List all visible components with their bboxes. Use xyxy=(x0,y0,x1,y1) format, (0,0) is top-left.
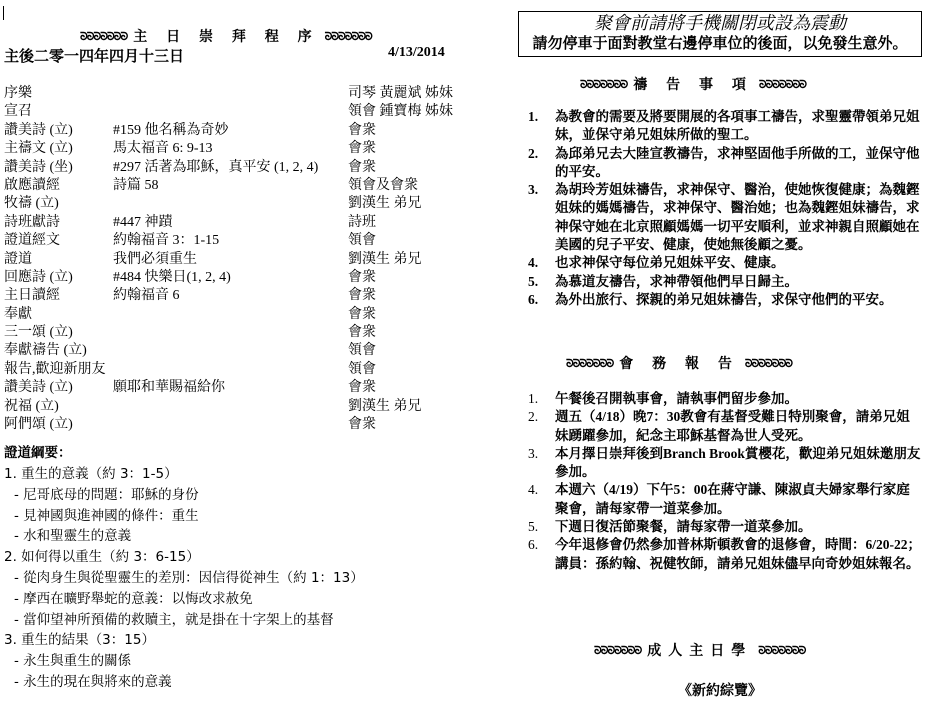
order-item: 讚美詩 (坐) xyxy=(4,156,73,176)
order-leader: 會衆 xyxy=(348,303,376,323)
list-item: 1.為教會的需要及將要開展的各項事工禱告，求聖靈帶領弟兄姐妹，並保守弟兄姐妹所做… xyxy=(528,108,922,145)
order-item: 祝福 (立) xyxy=(4,395,59,415)
order-item: 詩班獻詩 xyxy=(4,211,60,231)
parking-notice: 請勿停車于面對教堂右邊停車位的後面，以免發生意外。 xyxy=(519,34,921,54)
order-detail: #484 快樂日(1, 2, 4) xyxy=(113,266,231,286)
order-item: 讚美詩 (立) xyxy=(4,376,73,396)
order-row: 三一頌 (立)會衆 xyxy=(4,321,470,339)
order-row: 讚美詩 (立)願耶和華賜福給你會衆 xyxy=(4,376,470,394)
order-item: 主禱文 (立) xyxy=(4,137,73,157)
ornament-icon: ᘐᘐᘐᘐᘐᘐᘐ xyxy=(580,78,627,91)
order-leader: 劉漢生 弟兄 xyxy=(348,248,422,268)
order-row: 序樂司琴 黃麗斌 姊妹 xyxy=(4,82,470,100)
worship-title: ᘐᘐᘐᘐᘐᘐᘐ主 日 崇 拜 程 序ᘐᘐᘐᘐᘐᘐᘐ xyxy=(80,26,372,46)
prayer-list: 1.為教會的需要及將要開展的各項事工禱告，求聖靈帶領弟兄姐妹，並保守弟兄姐妹所做… xyxy=(528,108,922,309)
order-leader: 會衆 xyxy=(348,413,376,433)
outline-heading: 證道綱要： xyxy=(4,441,364,462)
order-leader: 領會 xyxy=(348,339,376,359)
order-detail: #447 神蹟 xyxy=(113,211,173,231)
list-item: 5.為慕道友禱告，求神帶領他們早日歸主。 xyxy=(528,273,922,291)
order-item: 讚美詩 (立) xyxy=(4,119,73,139)
order-leader: 會衆 xyxy=(348,119,376,139)
item-number: 3. xyxy=(528,181,538,199)
phone-notice: 聚會前請將手機關閉或設為震動 xyxy=(519,12,921,34)
item-text: 為胡玲芳姐妹禱告，求神保守、醫治，使她恢復健康；為魏鏗姐妹的媽媽禱告，求神保守、… xyxy=(555,182,920,252)
list-item: 1.午餐後召開執事會，請執事們留步參加。 xyxy=(528,390,922,408)
order-item: 報告,歡迎新朋友 xyxy=(4,358,106,378)
order-row: 證道經文約翰福音 3：1-15領會 xyxy=(4,229,470,247)
sermon-outline: 證道綱要： 1. 重生的意義（約 3：1-5）- 尼哥底母的問題：耶穌的身份- … xyxy=(4,441,364,691)
item-text: 為教會的需要及將要開展的各項事工禱告，求聖靈帶領弟兄姐妹，並保守弟兄姐妹所做的聖… xyxy=(555,109,920,142)
item-text: 本月擇日崇拜後到Branch Brook賞櫻花，歡迎弟兄姐妹邀朋友參加。 xyxy=(555,446,920,479)
order-row: 奉獻會衆 xyxy=(4,303,470,321)
outline-subpoint: - 見神國與進神國的條件：重生 xyxy=(4,504,364,525)
notice-box: 聚會前請將手機關閉或設為震動 請勿停車于面對教堂右邊停車位的後面，以免發生意外。 xyxy=(518,11,922,57)
order-detail: #159 他名稱為奇妙 xyxy=(113,119,229,139)
order-item: 回應詩 (立) xyxy=(4,266,73,286)
list-item: 6.為外出旅行、探親的弟兄姐妹禱告，求保守他們的平安。 xyxy=(528,291,922,309)
order-item: 三一頌 (立) xyxy=(4,321,73,341)
order-item: 宣召 xyxy=(4,100,32,120)
order-detail: 馬太福音 6: 9-13 xyxy=(113,137,213,157)
order-row: 祝福 (立)劉漢生 弟兄 xyxy=(4,395,470,413)
item-text: 今年退修會仍然參加普林斯頓教會的退修會，時間：6/20-22；講員：孫約翰、祝健… xyxy=(555,537,921,570)
order-item: 啟應讀經 xyxy=(4,174,60,194)
ornament-icon: ᘐᘐᘐᘐᘐᘐᘐ xyxy=(566,357,613,370)
order-row: 主禱文 (立)馬太福音 6: 9-13會衆 xyxy=(4,137,470,155)
order-leader: 會衆 xyxy=(348,284,376,304)
order-leader: 會衆 xyxy=(348,321,376,341)
order-item: 牧禱 (立) xyxy=(4,192,59,212)
item-number: 4. xyxy=(528,254,538,272)
announce-title: ᘐᘐᘐᘐᘐᘐᘐ會 務 報 告ᘐᘐᘐᘐᘐᘐᘐ xyxy=(566,353,792,373)
order-leader: 會衆 xyxy=(348,266,376,286)
outline-subpoint: - 尼哥底母的問題：耶穌的身份 xyxy=(4,483,364,504)
text-cursor xyxy=(3,6,4,20)
order-row: 回應詩 (立)#484 快樂日(1, 2, 4)會衆 xyxy=(4,266,470,284)
ornament-icon: ᘐᘐᘐᘐᘐᘐᘐ xyxy=(594,644,641,657)
order-leader: 領會 鍾寶梅 姊妹 xyxy=(348,100,453,120)
item-number: 1. xyxy=(528,390,538,408)
ornament-icon: ᘐᘐᘐᘐᘐᘐᘐ xyxy=(758,644,805,657)
item-text: 為外出旅行、探親的弟兄姐妹禱告，求保守他們的平安。 xyxy=(555,292,893,307)
list-item: 2.週五（4/18）晚7：30教會有基督受難日特別聚會，請弟兄姐妹踴躍參加，紀念… xyxy=(528,408,922,445)
list-item: 2.為邱弟兄去大陸宣教禱告，求神堅固他手所做的工，並保守他的平安。 xyxy=(528,145,922,182)
order-row: 證道我們必須重生劉漢生 弟兄 xyxy=(4,248,470,266)
order-detail: 詩篇 58 xyxy=(113,174,159,194)
ornament-icon: ᘐᘐᘐᘐᘐᘐᘐ xyxy=(325,30,372,43)
list-item: 5.下週日復活節聚餐，請每家帶一道菜參加。 xyxy=(528,518,922,536)
outline-point: 3. 重生的結果（3：15） xyxy=(4,628,364,649)
outline-point: 2. 如何得以重生（約 3：6-15） xyxy=(4,545,364,566)
order-of-service: 序樂司琴 黃麗斌 姊妹宣召領會 鍾寶梅 姊妹讚美詩 (立)#159 他名稱為奇妙… xyxy=(4,82,470,431)
order-row: 奉獻禱告 (立)領會 xyxy=(4,339,470,357)
outline-subpoint: - 永生的現在與將來的意義 xyxy=(4,670,364,691)
ornament-icon: ᘐᘐᘐᘐᘐᘐᘐ xyxy=(745,357,792,370)
item-number: 3. xyxy=(528,445,538,463)
outline-subpoint: - 當仰望神所預備的救贖主，就是掛在十字架上的基督 xyxy=(4,608,364,629)
ornament-icon: ᘐᘐᘐᘐᘐᘐᘐ xyxy=(80,30,127,43)
outline-subpoint: - 永生與重生的關係 xyxy=(4,649,364,670)
order-item: 阿們頌 (立) xyxy=(4,413,73,433)
prayer-title: ᘐᘐᘐᘐᘐᘐᘐ禱 告 事 項ᘐᘐᘐᘐᘐᘐᘐ xyxy=(580,74,806,94)
order-detail: #297 活著為耶穌，真平安 (1, 2, 4) xyxy=(113,156,318,176)
order-item: 主日讀經 xyxy=(4,284,60,304)
order-row: 主日讀經約翰福音 6會衆 xyxy=(4,284,470,302)
order-item: 序樂 xyxy=(4,82,32,102)
list-item: 4.本週六（4/19）下午5：00在蔣守謙、陳淑貞夫婦家舉行家庭聚會，請每家帶一… xyxy=(528,481,922,518)
order-leader: 領會 xyxy=(348,358,376,378)
order-leader: 會衆 xyxy=(348,137,376,157)
item-number: 6. xyxy=(528,291,538,309)
order-leader: 會衆 xyxy=(348,156,376,176)
item-text: 本週六（4/19）下午5：00在蔣守謙、陳淑貞夫婦家舉行家庭聚會，請每家帶一道菜… xyxy=(555,482,910,515)
order-leader: 司琴 黃麗斌 姊妹 xyxy=(348,82,453,102)
order-detail: 願耶和華賜福給你 xyxy=(113,376,225,396)
item-number: 1. xyxy=(528,108,538,126)
item-number: 5. xyxy=(528,518,538,536)
order-leader: 領會及會衆 xyxy=(348,174,418,194)
order-leader: 詩班 xyxy=(348,211,376,231)
outline-subpoint: - 從肉身生與從聖靈生的差別：因信得從神生（約 1：13） xyxy=(4,566,364,587)
order-row: 牧禱 (立)劉漢生 弟兄 xyxy=(4,192,470,210)
item-number: 4. xyxy=(528,481,538,499)
order-item: 證道 xyxy=(4,248,32,268)
order-row: 報告,歡迎新朋友領會 xyxy=(4,358,470,376)
outline-point: 1. 重生的意義（約 3：1-5） xyxy=(4,462,364,483)
study-title: ᘐᘐᘐᘐᘐᘐᘐ成人主日學ᘐᘐᘐᘐᘐᘐᘐ xyxy=(594,640,805,660)
item-number: 2. xyxy=(528,408,538,426)
order-detail: 約翰福音 3：1-15 xyxy=(113,229,219,249)
date-line: 主後二零一四年四月十三日 4/13/2014 xyxy=(4,45,464,66)
order-item: 奉獻禱告 (立) xyxy=(4,339,87,359)
ornament-icon: ᘐᘐᘐᘐᘐᘐᘐ xyxy=(759,78,806,91)
order-item: 奉獻 xyxy=(4,303,32,323)
order-leader: 劉漢生 弟兄 xyxy=(348,192,422,212)
outline-subpoint: - 摩西在曠野舉蛇的意義：以悔改求赦免 xyxy=(4,587,364,608)
order-row: 宣召領會 鍾寶梅 姊妹 xyxy=(4,100,470,118)
outline-subpoint: - 水和聖靈生的意義 xyxy=(4,524,364,545)
item-text: 也求神保守每位弟兄姐妹平安、健康。 xyxy=(555,255,785,270)
order-detail: 約翰福音 6 xyxy=(113,284,180,304)
date-numeric: 4/13/2014 xyxy=(388,45,445,61)
item-text: 為邱弟兄去大陸宣教禱告，求神堅固他手所做的工，並保守他的平安。 xyxy=(555,146,920,179)
item-text: 午餐後召開執事會，請執事們留步參加。 xyxy=(555,391,798,406)
date-chinese: 主後二零一四年四月十三日 xyxy=(4,49,184,65)
order-row: 讚美詩 (坐)#297 活著為耶穌，真平安 (1, 2, 4)會衆 xyxy=(4,156,470,174)
item-text: 週五（4/18）晚7：30教會有基督受難日特別聚會，請弟兄姐妹踴躍參加，紀念主耶… xyxy=(555,409,910,442)
announcement-list: 1.午餐後召開執事會，請執事們留步參加。2.週五（4/18）晚7：30教會有基督… xyxy=(528,390,922,573)
item-number: 6. xyxy=(528,536,538,554)
list-item: 6.今年退修會仍然參加普林斯頓教會的退修會，時間：6/20-22；講員：孫約翰、… xyxy=(528,536,922,573)
order-detail: 我們必須重生 xyxy=(113,248,197,268)
item-text: 下週日復活節聚餐，請每家帶一道菜參加。 xyxy=(555,519,812,534)
order-leader: 會衆 xyxy=(348,376,376,396)
item-number: 5. xyxy=(528,273,538,291)
item-number: 2. xyxy=(528,145,538,163)
list-item: 3.為胡玲芳姐妹禱告，求神保守、醫治，使她恢復健康；為魏鏗姐妹的媽媽禱告，求神保… xyxy=(528,181,922,254)
order-leader: 領會 xyxy=(348,229,376,249)
order-row: 詩班獻詩#447 神蹟詩班 xyxy=(4,211,470,229)
order-row: 啟應讀經詩篇 58領會及會衆 xyxy=(4,174,470,192)
study-subtitle: 《新約綜覽》 xyxy=(518,680,922,700)
order-leader: 劉漢生 弟兄 xyxy=(348,395,422,415)
order-row: 讚美詩 (立)#159 他名稱為奇妙會衆 xyxy=(4,119,470,137)
order-item: 證道經文 xyxy=(4,229,60,249)
list-item: 4.也求神保守每位弟兄姐妹平安、健康。 xyxy=(528,254,922,272)
list-item: 3.本月擇日崇拜後到Branch Brook賞櫻花，歡迎弟兄姐妹邀朋友參加。 xyxy=(528,445,922,482)
order-row: 阿們頌 (立)會衆 xyxy=(4,413,470,431)
item-text: 為慕道友禱告，求神帶領他們早日歸主。 xyxy=(555,274,798,289)
